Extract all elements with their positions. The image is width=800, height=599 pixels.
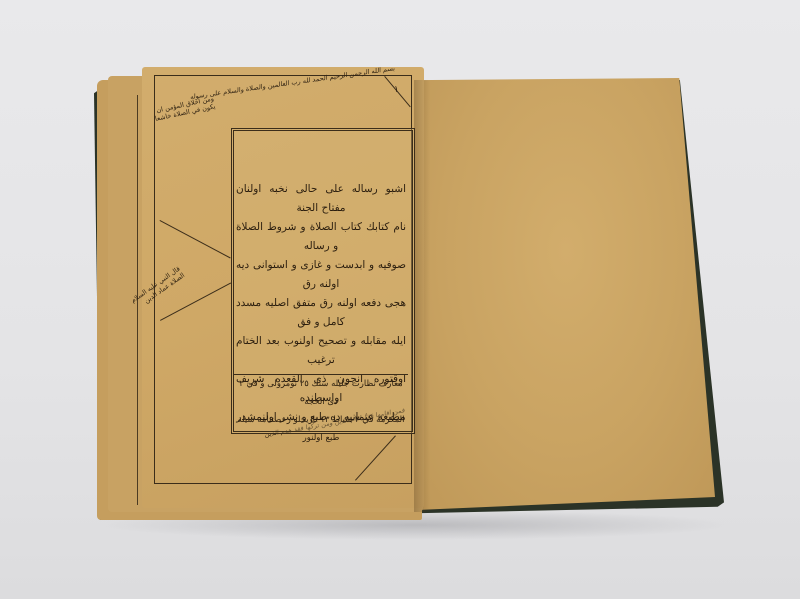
imprint-line: معارف نظارت جلیله سنك ٢٥ نومرولی و في ٢ …	[234, 375, 408, 411]
title-line: هجی دفعه اولنه رق متفق اصلیه مسدد کامل و…	[236, 294, 406, 332]
imprint-line: المکرمه في ٢ شباط ١٣ تاریخلو رخصتنامه سی…	[234, 411, 408, 447]
right-endpaper	[417, 78, 715, 510]
title-line: ایله مقابله و تصحیح اولنوب بعد الختام تر…	[236, 332, 406, 370]
title-line: صوفیه و ابدست و غازی و استوانی دیه اولنه…	[236, 256, 406, 294]
title-line: نام كتابك كتاب الصلاة و شروط الصلاة و رس…	[236, 218, 406, 256]
title-text-block: اشبو رساله علی حالی نخبه اولنان مفتاح ال…	[236, 180, 406, 330]
book-gutter	[414, 80, 430, 512]
imprint-block: معارف نظارت جلیله سنك ٢٥ نومرولی و في ٢ …	[234, 374, 408, 419]
title-line: اشبو رساله علی حالی نخبه اولنان مفتاح ال…	[236, 180, 406, 218]
